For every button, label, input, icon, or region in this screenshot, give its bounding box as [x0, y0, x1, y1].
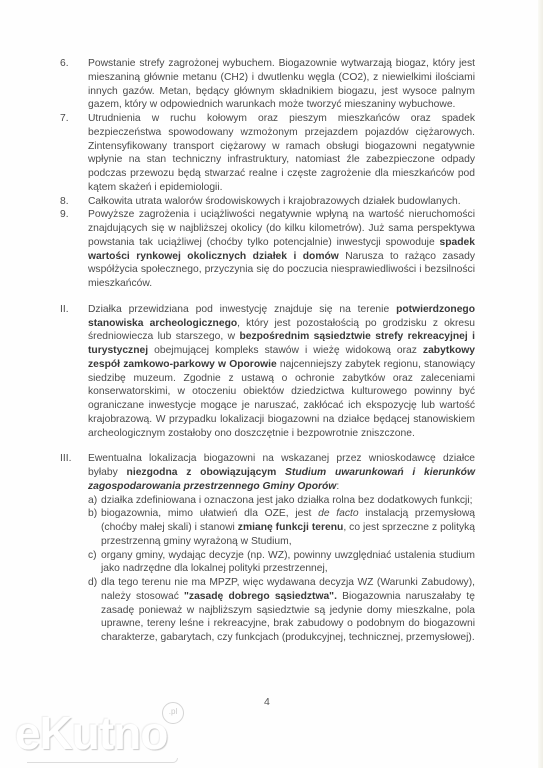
subitem-d: d) dla tego terenu nie ma MPZP, więc wyd… — [88, 576, 475, 645]
subitem-c: c) organy gminy, wydając decyzje (np. WZ… — [88, 549, 475, 577]
document-page: 6. Powstanie strefy zagrożonej wybuchem.… — [0, 0, 543, 768]
item-text: Powstanie strefy zagrożonej wybuchem. Bi… — [88, 58, 475, 110]
watermark-logo: eKutno .pl — [15, 700, 175, 762]
watermark-underline — [27, 758, 178, 763]
section-III: III. Ewentualna lokalizacja biogazowni n… — [60, 452, 475, 645]
subitem-text: działka zdefiniowana i oznaczona jest ja… — [101, 495, 472, 506]
item-text: Utrudnienia w ruchu kołowym oraz pieszym… — [88, 113, 475, 193]
list-item-7: 7. Utrudnienia w ruchu kołowym oraz pies… — [60, 112, 475, 195]
numbered-list: 6. Powstanie strefy zagrożonej wybuchem.… — [60, 57, 475, 645]
item-number: 7. — [60, 112, 69, 126]
list-item-9: 9. Powyższe zagrożenia i uciążliwości ne… — [60, 208, 475, 291]
item-text: Całkowita utrata walorów środowiskowych … — [88, 196, 461, 207]
section-text: : — [336, 481, 339, 492]
item-number: 9. — [60, 208, 69, 222]
emphasis-text: zmianę funkcji terenu — [238, 522, 344, 533]
subitem-text: organy gminy, wydając decyzje (np. WZ), … — [101, 550, 475, 575]
item-number: 8. — [60, 195, 69, 209]
list-item-8: 8. Całkowita utrata walorów środowiskowy… — [60, 195, 475, 209]
list-item-6: 6. Powstanie strefy zagrożonej wybuchem.… — [60, 57, 475, 112]
italic-text: de facto — [318, 508, 358, 519]
subitem-b: b) biogazownia, mimo ułatwień dla OZE, j… — [88, 507, 475, 548]
subitem-letter: d) — [88, 576, 97, 590]
section-number: II. — [60, 303, 69, 317]
subitem-a: a) działka zdefiniowana i oznaczona jest… — [88, 494, 475, 508]
section-text: obejmującej kompleks stawów i wieżę wido… — [148, 345, 423, 356]
scan-edge — [538, 0, 543, 768]
emphasis-text: niezgodna z obowiązującym — [127, 467, 285, 478]
subitem-text: biogazownia, mimo ułatwień dla OZE, jest — [101, 508, 318, 519]
emphasis-text: "zasadę dobrego sąsiedztwa". — [184, 591, 337, 602]
subitem-letter: a) — [88, 494, 97, 508]
section-II: II. Działka przewidziana pod inwestycję … — [60, 303, 475, 441]
subitem-letter: c) — [88, 549, 97, 563]
watermark-text: eKutno — [15, 706, 167, 760]
watermark-suffix-badge: .pl — [162, 702, 184, 724]
page-number: 4 — [264, 696, 270, 708]
section-text: najcenniejszy zabytek regionu, stanowiąc… — [88, 359, 475, 439]
subitem-letter: b) — [88, 507, 97, 521]
item-number: 6. — [60, 57, 69, 71]
section-text: Działka przewidziana pod inwestycję znaj… — [88, 304, 396, 315]
item-text: Powyższe zagrożenia i uciążliwości negat… — [88, 209, 475, 248]
section-number: III. — [60, 452, 71, 466]
